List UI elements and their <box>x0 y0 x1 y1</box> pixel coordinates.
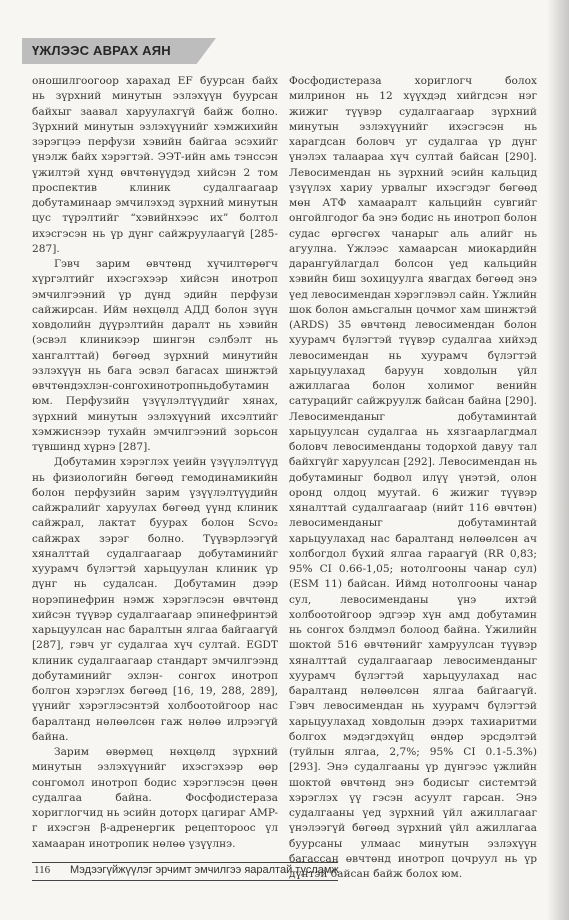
paragraph: Фосфодистераза хориглогч болох милринон … <box>289 74 537 882</box>
paragraph: Добутамин хэрэглэх үеийн үзүүлэлтүүд нь … <box>32 455 278 745</box>
paragraph: Зарим өвөрмөц нөхцөлд зүрхний минутын эз… <box>32 745 278 852</box>
left-column: оношилгоогоор харахад EF буурсан байх нь… <box>32 74 278 852</box>
footer-rule-top <box>32 862 338 863</box>
paragraph: оношилгоогоор харахад EF буурсан байх нь… <box>32 74 278 257</box>
page-number: 116 <box>34 864 50 876</box>
page-edge-shadow <box>547 0 569 920</box>
running-footer-title: Мэдээгүйжүүлэг эрчимт эмчилгээ яаралтай … <box>70 864 339 876</box>
footer-rule-bottom <box>32 880 338 881</box>
section-title: ҮЖЛЭЭС АВРАХ АЯН <box>32 43 171 58</box>
paragraph: Гэвч зарим өвчтөнд хүчилтөрөгч хүргэлтий… <box>32 257 278 455</box>
right-column: Фосфодистераза хориглогч болох милринон … <box>289 74 537 882</box>
